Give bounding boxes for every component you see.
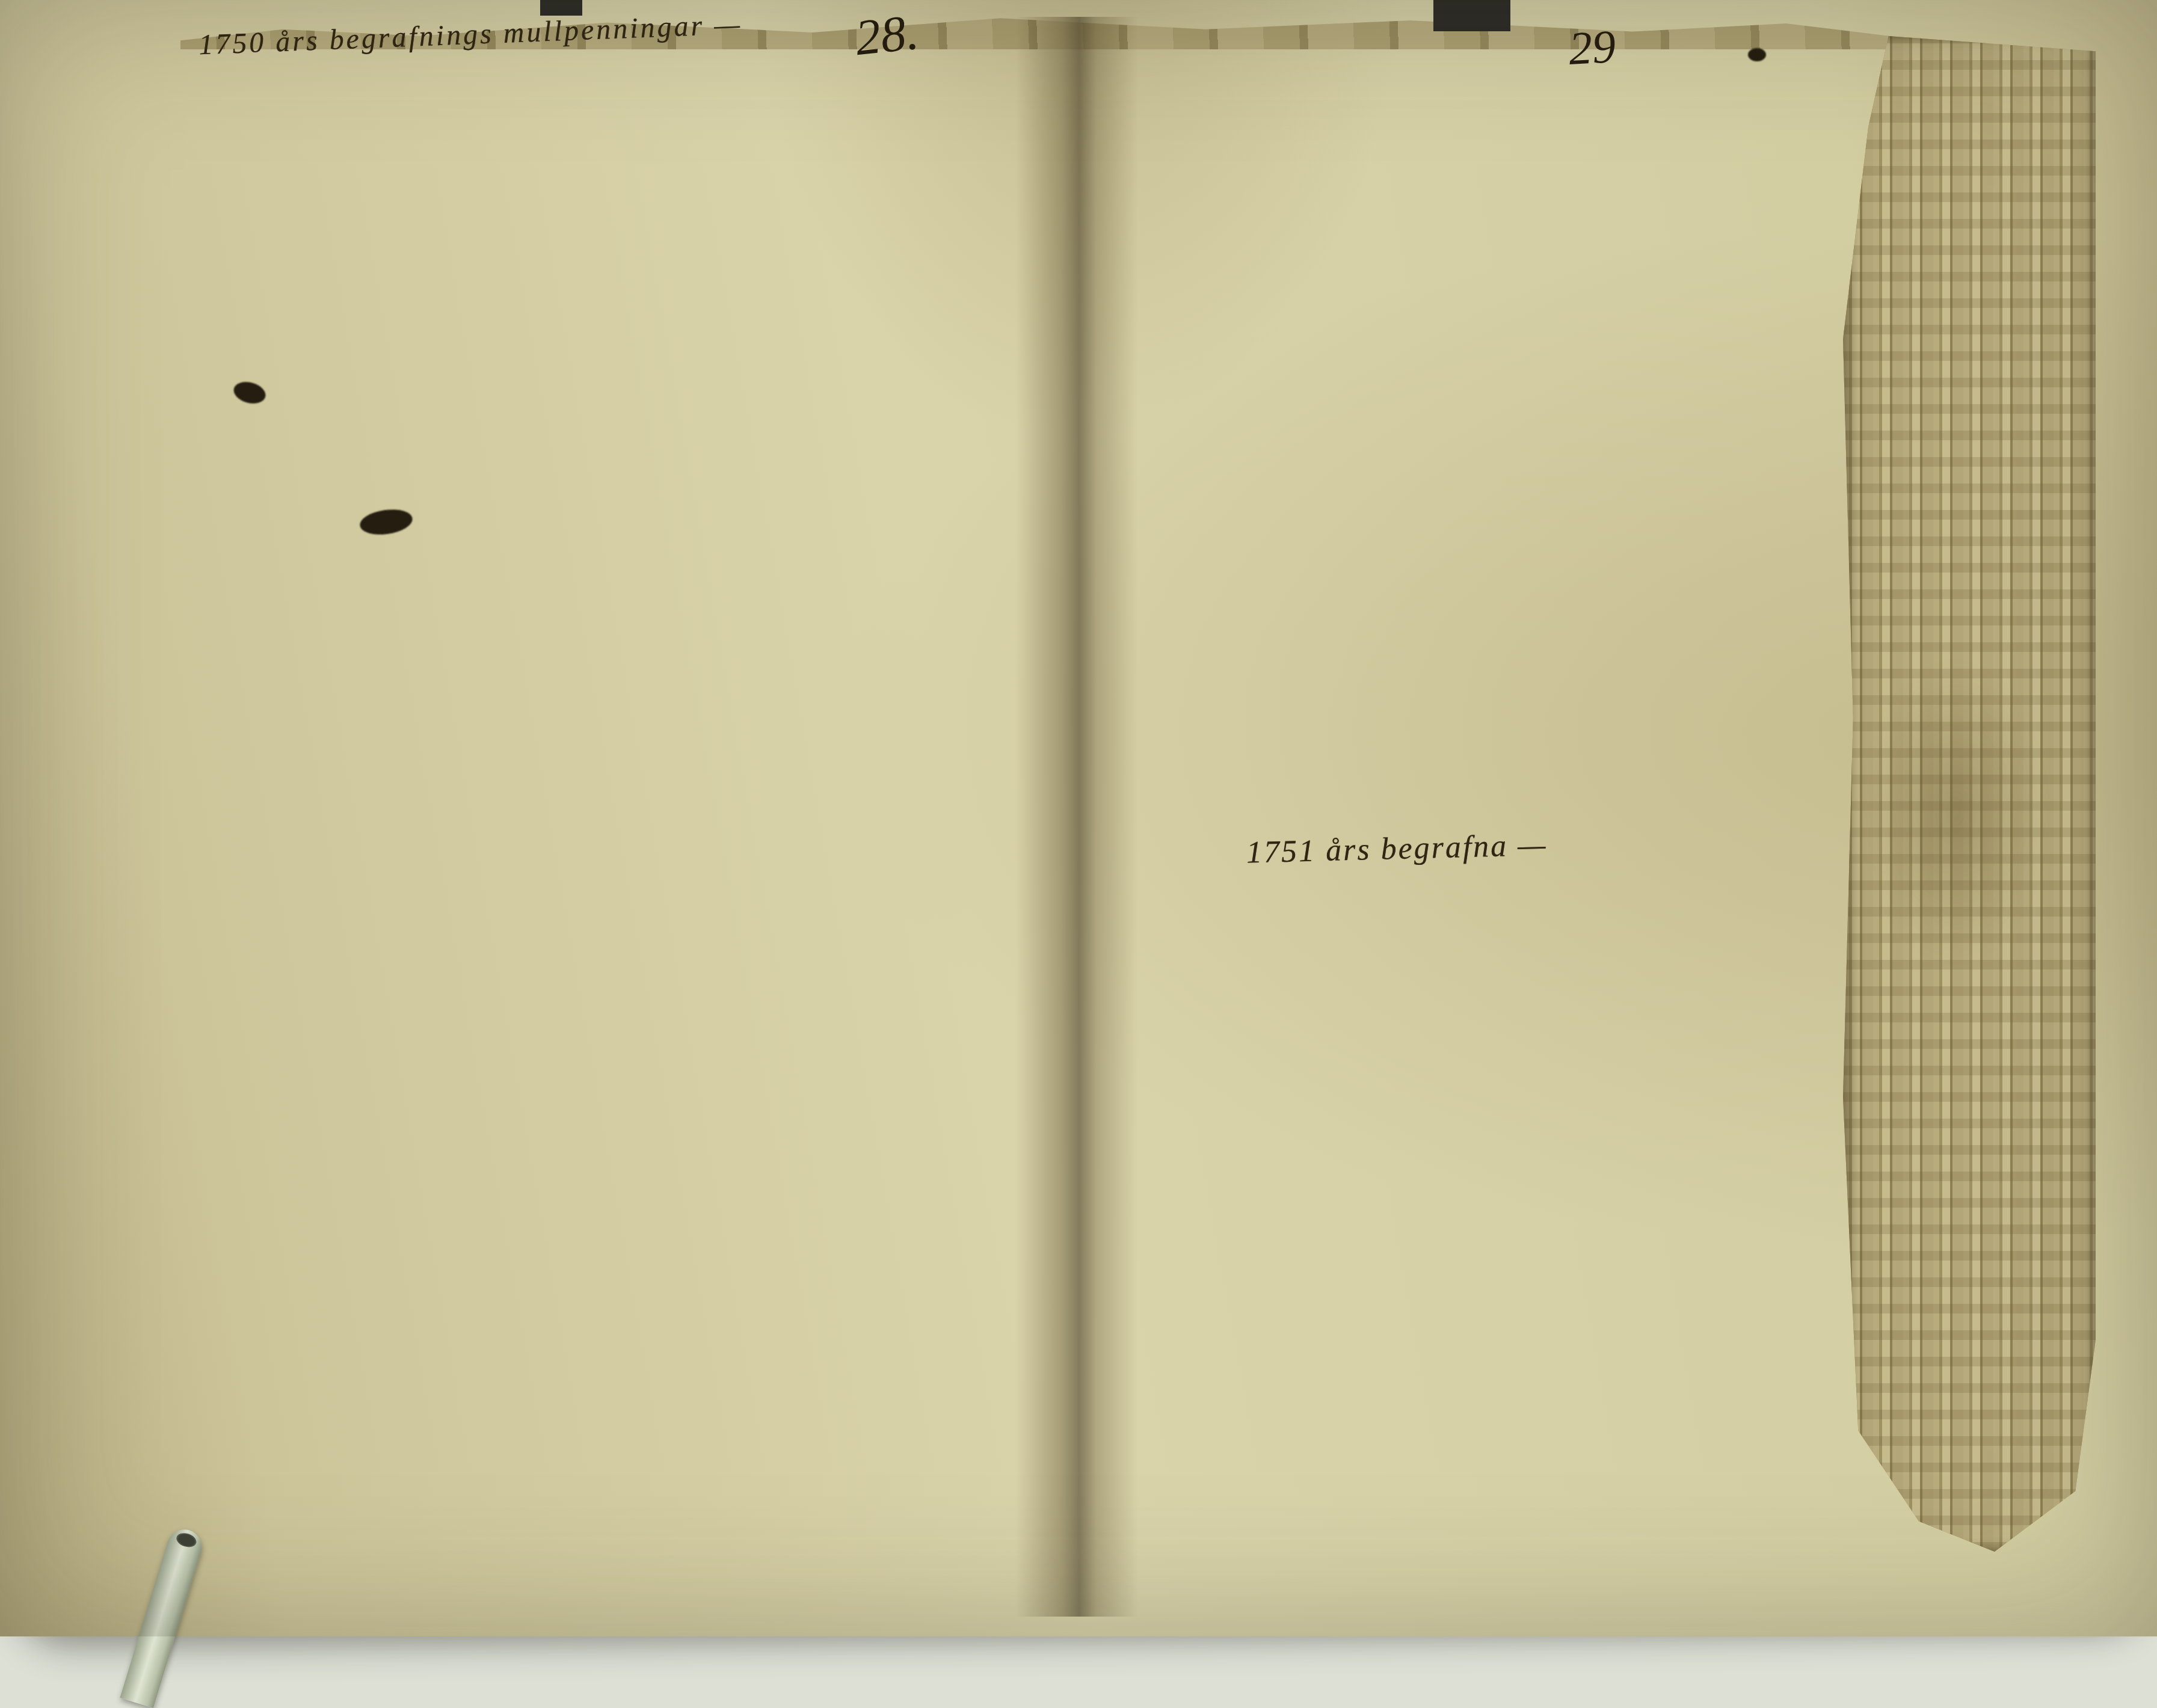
handwriting-layer [0, 0, 2157, 1636]
ink-blot [1748, 48, 1766, 61]
page-number-29: 29 [1568, 19, 1617, 76]
photograph-of-open-burial-register: 1750 års begrafnings mullpenningar — 28.… [0, 0, 2157, 1636]
page-number-28: 28. [852, 3, 922, 67]
pointer-stick-tip-hole [174, 1531, 198, 1549]
